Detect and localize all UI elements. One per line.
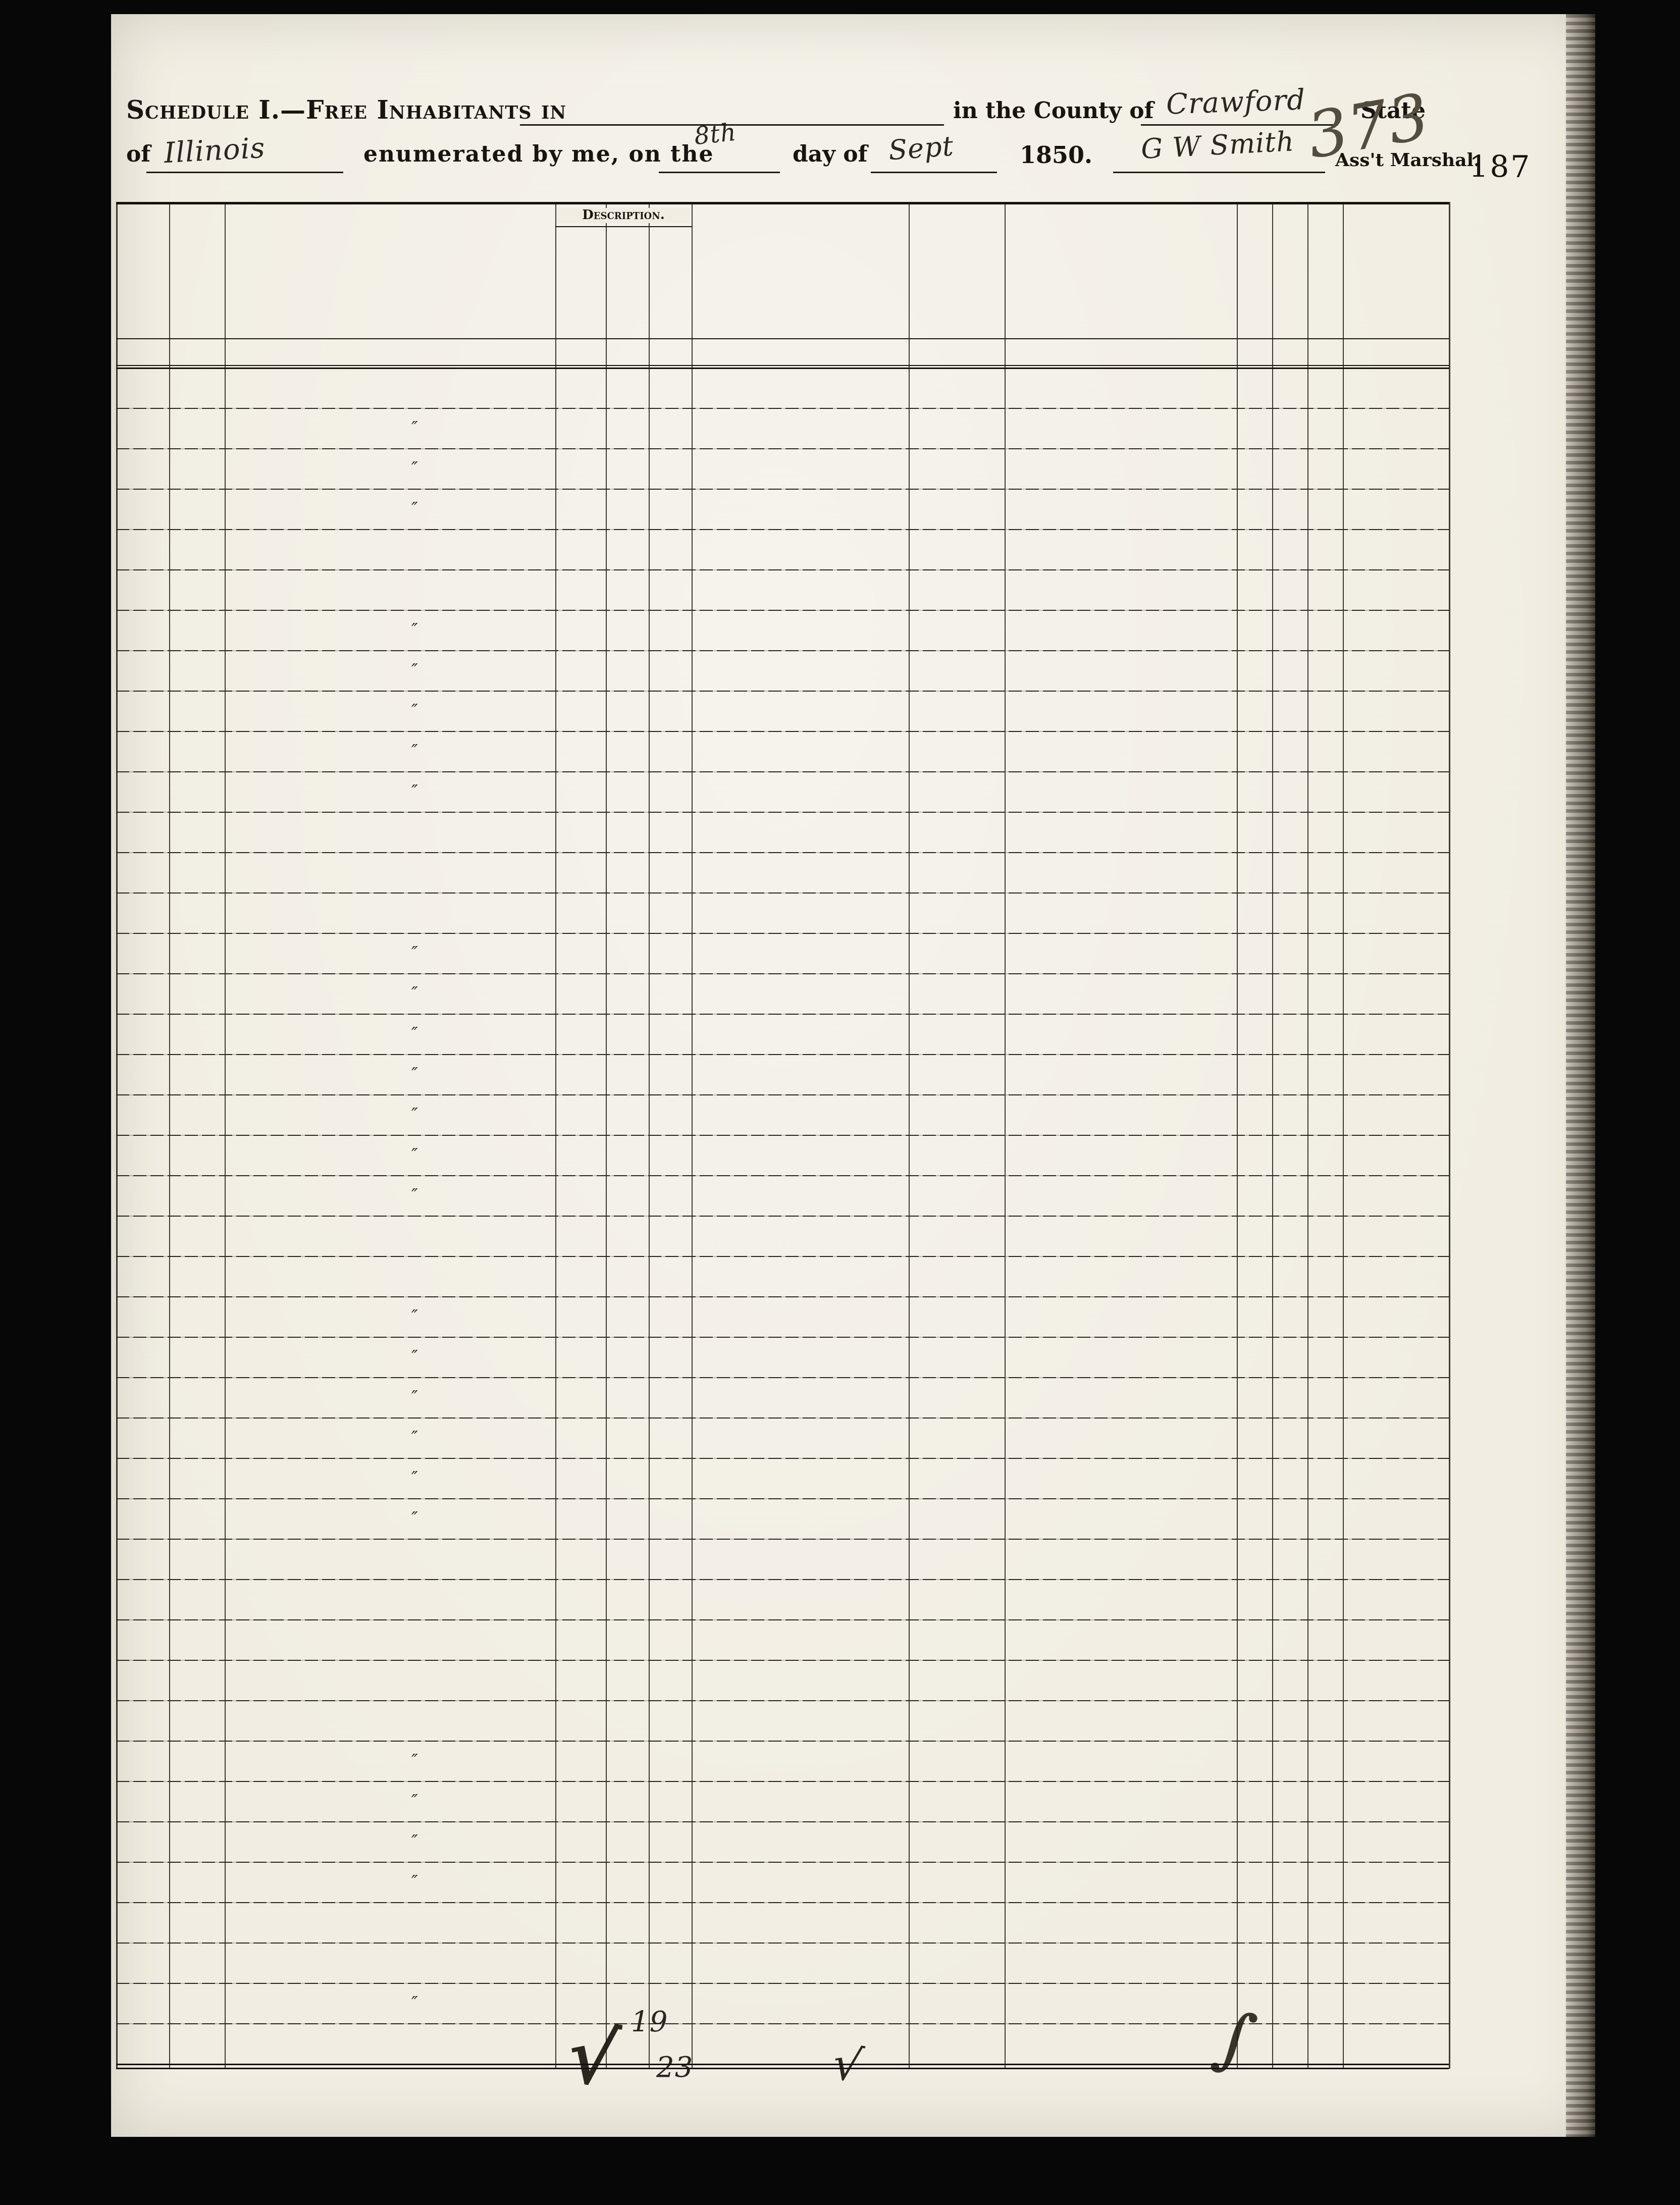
- blank-line-marshal: [1113, 172, 1325, 173]
- row-rule: [116, 691, 1449, 692]
- row-rule: [116, 408, 1449, 409]
- page-number: 187: [1469, 149, 1532, 185]
- row-rule: [116, 1377, 1449, 1378]
- tally-check-annotation: √: [562, 2010, 624, 2105]
- year-label: 1850.: [1020, 141, 1092, 169]
- blank-line-state: [146, 172, 343, 173]
- name-ditto-mark: ″: [411, 1306, 418, 1327]
- column-header: [1349, 226, 1443, 335]
- schedule-title: Schedule I.—Free Inhabitants in: [126, 95, 566, 125]
- row-rule: [116, 1054, 1449, 1055]
- name-ditto-mark: ″: [411, 1387, 418, 1407]
- row-rule: [116, 1014, 1449, 1015]
- row-rule: [116, 1781, 1449, 1782]
- blank-line-day: [659, 172, 780, 173]
- name-ditto-mark: ″: [411, 1347, 418, 1367]
- column-header: [651, 231, 690, 335]
- row-rule: [116, 1094, 1449, 1095]
- name-ditto-mark: ″: [411, 1791, 418, 1811]
- row-rule: [116, 852, 1449, 853]
- row-rule: [116, 448, 1449, 449]
- name-ditto-mark: ″: [411, 620, 418, 640]
- row-rule: [116, 933, 1449, 934]
- county-label: in the County of: [953, 98, 1153, 124]
- table-bottom-border: [116, 2064, 1449, 2065]
- blank-line-month: [871, 172, 997, 173]
- row-rule: [116, 812, 1449, 813]
- row-rule: [116, 1135, 1449, 1136]
- name-ditto-mark: ″: [411, 1428, 418, 1448]
- column-header: [1274, 207, 1305, 335]
- column-header: [1239, 207, 1270, 335]
- name-ditto-mark: ″: [411, 1751, 418, 1771]
- row-rule: [116, 1862, 1449, 1863]
- table-bottom-border2: [116, 2068, 1449, 2069]
- name-ditto-mark: ″: [411, 1145, 418, 1165]
- row-rule: [116, 489, 1449, 490]
- month-value-handwritten: Sept: [887, 130, 955, 167]
- row-rule: [116, 1821, 1449, 1822]
- row-rule: [116, 2023, 1449, 2024]
- name-ditto-mark: ″: [411, 1468, 418, 1488]
- row-rule: [116, 1296, 1449, 1297]
- row-rule: [116, 973, 1449, 974]
- name-ditto-mark: ″: [411, 418, 418, 438]
- name-ditto-mark: ″: [411, 1185, 418, 1205]
- row-rule: [116, 1498, 1449, 1499]
- name-ditto-mark: ″: [411, 943, 418, 963]
- row-rule: [116, 1579, 1449, 1580]
- header-separator: [116, 338, 1449, 339]
- day-value-handwritten: 8th: [693, 118, 738, 150]
- table-top-border: [116, 202, 1449, 204]
- row-rule: [116, 892, 1449, 894]
- column-header: [608, 231, 647, 335]
- numbers-separator: [116, 365, 1449, 366]
- row-rule: [116, 1942, 1449, 1944]
- row-rule: [116, 1902, 1449, 1903]
- row-rule: [116, 1458, 1449, 1459]
- name-ditto-mark: ″: [411, 1872, 418, 1892]
- row-rule: [116, 1700, 1449, 1701]
- name-ditto-mark: ″: [411, 701, 418, 721]
- row-rule: [116, 1983, 1449, 1984]
- row-rule: [116, 1256, 1449, 1257]
- flourish-annotation: ∫: [1207, 1994, 1263, 2083]
- numbers-separator2: [116, 367, 1449, 369]
- column-header: [702, 236, 899, 335]
- column-header: [1015, 241, 1227, 335]
- row-rule: [116, 731, 1449, 732]
- enumerated-label: enumerated by me, on the: [363, 141, 714, 167]
- row-rule: [116, 569, 1449, 570]
- row-rule: [116, 1741, 1449, 1742]
- column-header: [240, 231, 540, 335]
- name-ditto-mark: ″: [411, 1993, 418, 2013]
- state-value-handwritten: Illinois: [163, 132, 266, 170]
- name-ditto-mark: ″: [411, 781, 418, 802]
- name-ditto-mark: ″: [411, 458, 418, 479]
- description-underline: [555, 226, 692, 227]
- blank-line-district: [520, 124, 944, 126]
- marshal-name-handwritten: G W Smith: [1140, 125, 1295, 165]
- column-header: [911, 207, 1003, 335]
- name-ditto-mark: ″: [411, 499, 418, 519]
- row-rule: [116, 771, 1449, 772]
- name-ditto-mark: ″: [411, 1508, 418, 1529]
- row-rule: [116, 1417, 1449, 1419]
- day-of-label: day of: [793, 141, 867, 167]
- name-ditto-mark: ″: [411, 1024, 418, 1044]
- of-label: of: [126, 141, 150, 167]
- row-rule: [116, 650, 1449, 651]
- name-ditto-mark: ″: [411, 1105, 418, 1125]
- name-ditto-mark: ″: [411, 1831, 418, 1852]
- name-ditto-mark: ″: [411, 983, 418, 1004]
- row-rule: [116, 1660, 1449, 1661]
- row-rule: [116, 1539, 1449, 1540]
- name-ditto-mark: ″: [411, 660, 418, 680]
- county-value-handwritten: Crawford: [1166, 83, 1306, 121]
- name-ditto-mark: ″: [411, 741, 418, 761]
- column-header: [1309, 207, 1341, 335]
- column-header: [118, 207, 167, 335]
- row-rule: [116, 610, 1449, 611]
- column-header: [557, 231, 604, 335]
- description-group-header: Description.: [556, 208, 691, 223]
- census-scan: Schedule I.—Free Inhabitants in in the C…: [0, 0, 1680, 2205]
- row-rule: [116, 1175, 1449, 1176]
- row-rule: [116, 1216, 1449, 1217]
- name-ditto-mark: ″: [411, 1064, 418, 1084]
- row-rule: [116, 1337, 1449, 1338]
- column-rule: [1449, 202, 1450, 2069]
- row-rule: [116, 529, 1449, 530]
- census-form-page: Schedule I.—Free Inhabitants in in the C…: [111, 14, 1595, 2137]
- column-header: [171, 207, 223, 335]
- row-rule: [116, 1619, 1449, 1620]
